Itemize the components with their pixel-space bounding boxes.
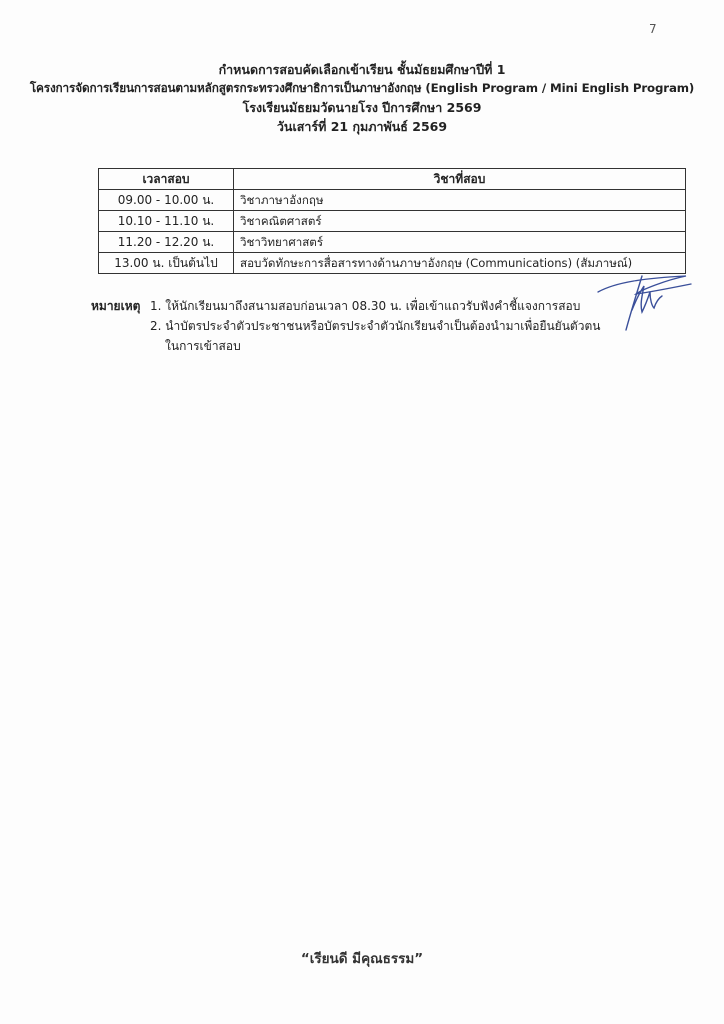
exam-time: 11.20 - 12.20 น.	[99, 232, 234, 253]
note-item-continuation: ในการเข้าสอบ	[165, 336, 241, 356]
exam-subject: วิชาคณิตศาสตร์	[234, 211, 686, 232]
header-school: โรงเรียนมัธยมวัดนายโรง ปีการศึกษา 2569	[0, 98, 724, 117]
exam-schedule-table: เวลาสอบ วิชาที่สอบ 09.00 - 10.00 น. วิชา…	[98, 168, 686, 274]
table-row: 10.10 - 11.10 น. วิชาคณิตศาสตร์	[99, 211, 686, 232]
exam-subject: วิชาภาษาอังกฤษ	[234, 190, 686, 211]
note-row: หมายเหตุ 1. ให้นักเรียนมาถึงสนามสอบก่อนเ…	[91, 296, 600, 316]
exam-time: 09.00 - 10.00 น.	[99, 190, 234, 211]
note-row: 2. นำบัตรประจำตัวประชาชนหรือบัตรประจำตัว…	[91, 316, 600, 336]
table-row: 09.00 - 10.00 น. วิชาภาษาอังกฤษ	[99, 190, 686, 211]
header-program: โครงการจัดการเรียนการสอนตามหลักสูตรกระทร…	[0, 79, 724, 98]
document-header: กำหนดการสอบคัดเลือกเข้าเรียน ชั้นมัธยมศึ…	[0, 60, 724, 136]
notes-label: หมายเหตุ	[91, 296, 150, 316]
exam-time: 13.00 น. เป็นต้นไป	[99, 253, 234, 274]
note-item: 2. นำบัตรประจำตัวประชาชนหรือบัตรประจำตัว…	[150, 316, 600, 336]
column-header-subject: วิชาที่สอบ	[234, 169, 686, 190]
column-header-time: เวลาสอบ	[99, 169, 234, 190]
notes-section: หมายเหตุ 1. ให้นักเรียนมาถึงสนามสอบก่อนเ…	[91, 296, 600, 356]
school-motto: “เรียนดี มีคุณธรรม”	[0, 947, 724, 969]
note-item: 1. ให้นักเรียนมาถึงสนามสอบก่อนเวลา 08.30…	[150, 296, 580, 316]
header-date: วันเสาร์ที่ 21 กุมภาพันธ์ 2569	[0, 117, 724, 136]
table-header-row: เวลาสอบ วิชาที่สอบ	[99, 169, 686, 190]
page-number: 7	[649, 22, 657, 36]
signature-icon	[596, 270, 696, 340]
note-row: ในการเข้าสอบ	[91, 336, 600, 356]
header-title: กำหนดการสอบคัดเลือกเข้าเรียน ชั้นมัธยมศึ…	[0, 60, 724, 79]
exam-time: 10.10 - 11.10 น.	[99, 211, 234, 232]
exam-subject: วิชาวิทยาศาสตร์	[234, 232, 686, 253]
table-row: 11.20 - 12.20 น. วิชาวิทยาศาสตร์	[99, 232, 686, 253]
